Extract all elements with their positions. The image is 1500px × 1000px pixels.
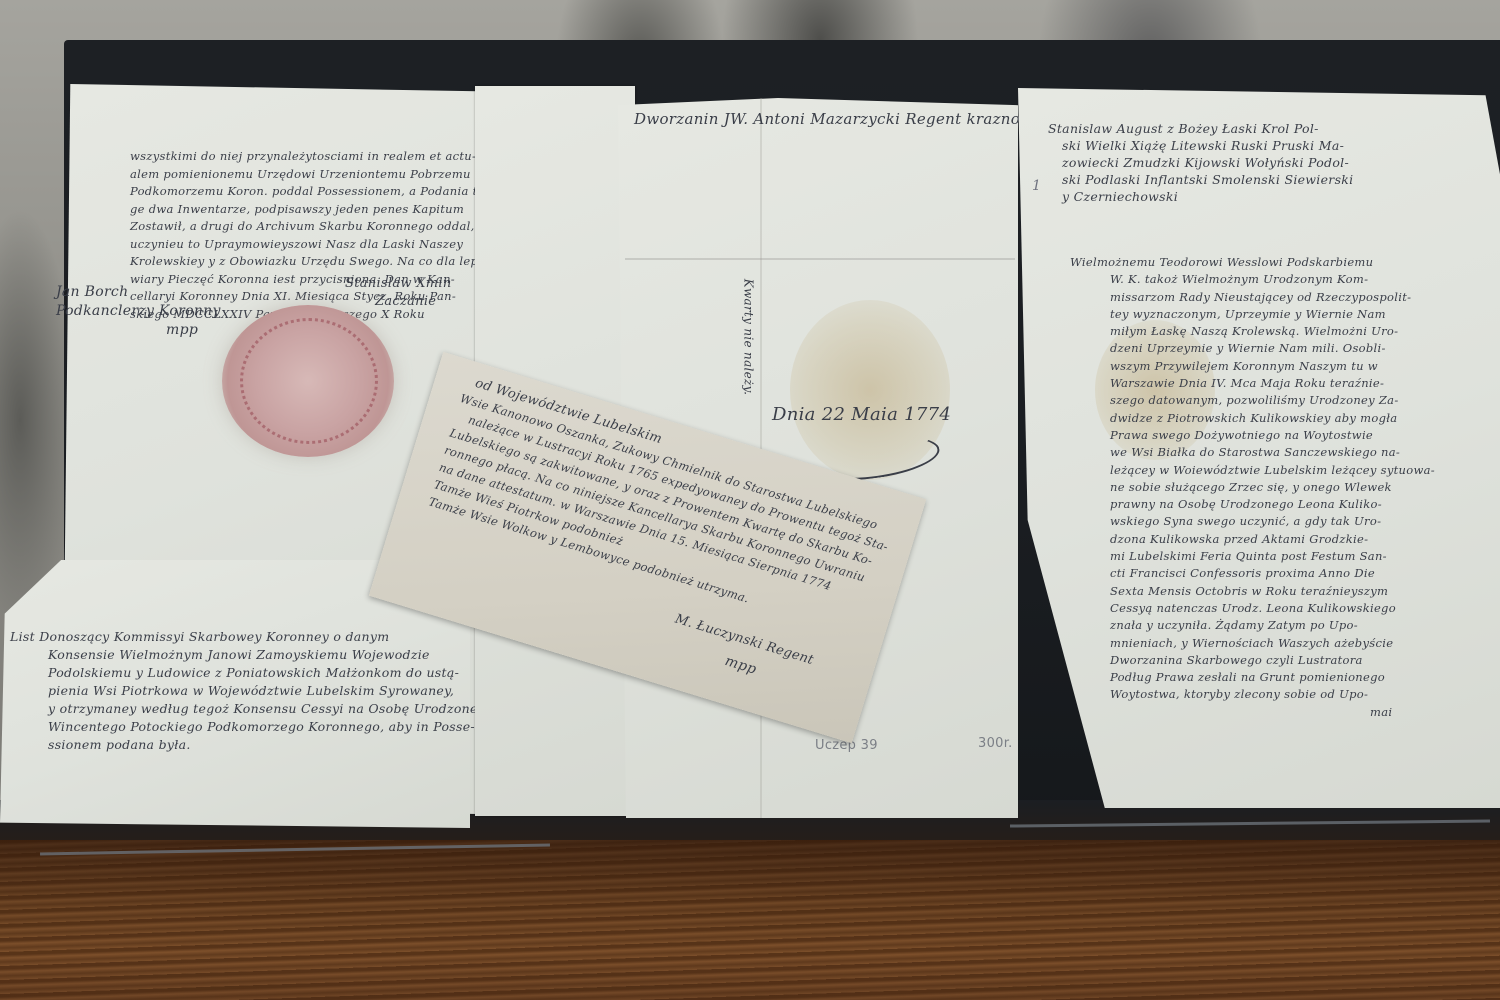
- signature-line: Stanislaw Xmin: [345, 275, 452, 293]
- text-line: W. K. takoż Wielmożnym Urodzonym Kom-: [1070, 271, 1435, 288]
- text-line: mi Lubelskimi Feria Quinta post Festum S…: [1070, 548, 1435, 565]
- text-line: cti Francisci Confessoris proxima Anno D…: [1070, 565, 1435, 582]
- text-line: y otrzymaney według tegoż Konsensu Cessy…: [10, 700, 494, 718]
- signature-line: Zaczanie: [345, 293, 452, 311]
- center-letter-vertical-note: Kwarty nie należy.: [741, 279, 755, 396]
- fold-line: [625, 258, 1015, 260]
- right-document-body-text: Wielmożnemu Teodorowi Wesslowi Podskarbi…: [1070, 254, 1435, 721]
- text-line: Wincentego Potockiego Podkomorzego Koron…: [10, 718, 494, 736]
- text-line: mai: [1070, 704, 1435, 721]
- text-line: uczynieu to Upraymowieyszowi Nasz dla La…: [130, 236, 505, 254]
- heading-line: ski Wielki Xiążę Litewski Ruski Pruski M…: [1048, 137, 1353, 154]
- text-line: List Donoszący Kommissyi Skarbowey Koron…: [10, 628, 494, 646]
- signature-line: Podkanclerzy Koronny: [56, 302, 221, 321]
- text-line: znała y uczyniła. Żądamy Zatym po Upo-: [1070, 617, 1435, 634]
- text-line: ssionem podana była.: [10, 736, 494, 754]
- royal-title-heading: Stanislaw August z Bożey Łaski Krol Pol-…: [1048, 120, 1353, 205]
- text-line: dzona Kulikowska przed Aktami Grodzkie-: [1070, 531, 1435, 548]
- text-line: Konsensie Wielmożnym Janowi Zamoyskiemu …: [10, 646, 494, 664]
- text-line: prawny na Osobę Urodzonego Leona Kuliko-: [1070, 496, 1435, 513]
- text-line: Cessyą natenczas Urodz. Leona Kulikowski…: [1070, 600, 1435, 617]
- text-line: miłym Łaskę Naszą Krolewską. Wielmożni U…: [1070, 323, 1435, 340]
- text-line: ge dwa Inwentarze, podpisawszy jeden pen…: [130, 201, 505, 219]
- text-line: Podług Prawa zesłali na Grunt pomienione…: [1070, 669, 1435, 686]
- heading-line: y Czerniechowski: [1048, 188, 1353, 205]
- text-line: pienia Wsi Piotrkowa w Województwie Lube…: [10, 682, 494, 700]
- signature-line: mpp: [56, 321, 221, 340]
- text-line: alem pomienionemu Urzędowi Urzeniontemu …: [130, 166, 505, 184]
- text-line: wskiego Syna swego uczynić, a gdy tak Ur…: [1070, 513, 1435, 530]
- text-line: wszym Przywilejem Koronnym Naszym tu w: [1070, 358, 1435, 375]
- text-line: Prawa swego Dożywotniego na Woytostwie: [1070, 427, 1435, 444]
- text-line: dwidze z Piotrowskich Kulikowskiey aby m…: [1070, 410, 1435, 427]
- text-line: dzeni Uprzeymie y Wiernie Nam mili. Osob…: [1070, 340, 1435, 357]
- text-line: missarzom Rady Nieustającey od Rzeczypos…: [1070, 289, 1435, 306]
- signature-line: Jan Borch: [56, 283, 221, 302]
- left-document-right-signature: Stanislaw Xmin Zaczanie: [345, 275, 452, 311]
- text-line: Sexta Mensis Octobris w Roku teraźnieysz…: [1070, 583, 1435, 600]
- heading-line: Stanislaw August z Bożey Łaski Krol Pol-: [1048, 120, 1353, 137]
- text-line: Dworzanina Skarbowego czyli Lustratora: [1070, 652, 1435, 669]
- text-line: we Wsi Białka do Starostwa Sanczewskiego…: [1070, 444, 1435, 461]
- left-document-bottom-text: List Donoszący Kommissyi Skarbowey Koron…: [10, 628, 494, 754]
- text-line: leżącey w Woiewództwie Lubelskim leżącey…: [1070, 462, 1435, 479]
- pencil-price-mark: 300r.: [978, 736, 1013, 751]
- text-line: Podkomorzemu Koron. poddal Possessionem,…: [130, 183, 505, 201]
- text-line: Wielmożnemu Teodorowi Wesslowi Podskarbi…: [1070, 254, 1435, 271]
- heading-line: ski Podlaski Inflantski Smolenski Siewie…: [1048, 171, 1353, 188]
- text-line: Zostawił, a drugi do Archivum Skarbu Kor…: [130, 218, 505, 236]
- wooden-table: [0, 840, 1500, 1000]
- text-line: tey wyznaczonym, Uprzeymie y Wiernie Nam: [1070, 306, 1435, 323]
- text-line: Warszawie Dnia IV. Mca Maja Roku teraźni…: [1070, 375, 1435, 392]
- margin-number: 1: [1032, 178, 1041, 194]
- text-line: ne sobie służącego Zrzec się, y onego Wl…: [1070, 479, 1435, 496]
- text-line: wszystkimi do niej przynależytosciami in…: [130, 148, 505, 166]
- text-line: szego datowanym, pozwoliliśmy Urodzoney …: [1070, 392, 1435, 409]
- text-line: Woytostwa, ktoryby zlecony sobie od Upo-: [1070, 686, 1435, 703]
- heading-line: zowiecki Zmudzki Kijowski Wołyński Podol…: [1048, 154, 1353, 171]
- left-document-chancellor-signature: Jan Borch Podkanclerzy Koronny mpp: [56, 283, 221, 340]
- center-letter-date: Dnia 22 Maia 1774: [772, 404, 951, 425]
- seal-inscription-ring: [240, 318, 378, 444]
- text-line: Krolewskiey y z Obowiazku Urzędu Swego. …: [130, 253, 505, 271]
- text-line: Podolskiemu y Ludowice z Poniatowskich M…: [10, 664, 494, 682]
- center-letter-header: Dworzanin JW. Antoni Mazarzycki Regent k…: [634, 110, 1079, 128]
- text-line: mnieniach, y Wiernościach Waszych ażebyś…: [1070, 635, 1435, 652]
